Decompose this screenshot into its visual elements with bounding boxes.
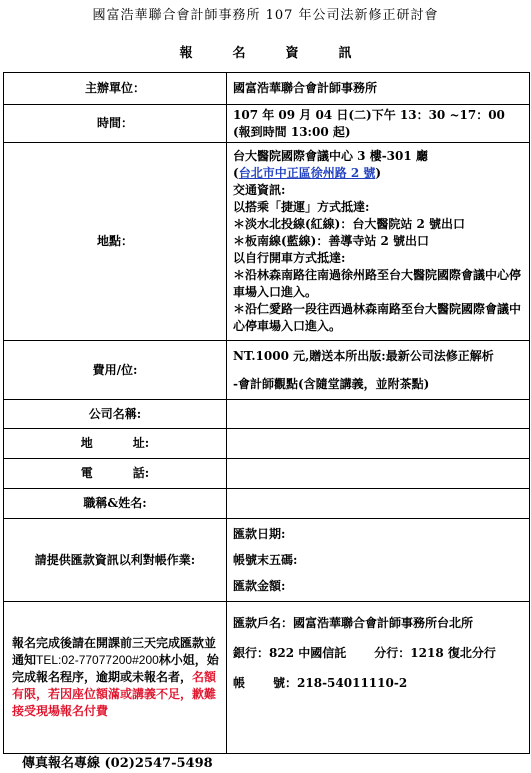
row-fee: 費用/位: NT.1000 元,贈送本所出版:最新公司法修正解析 -會計師觀點(… bbox=[4, 341, 530, 400]
branch-label: 分行： bbox=[374, 646, 410, 660]
address: (台北市中正區徐州路 2 號) bbox=[233, 165, 523, 182]
address-label: 地址: bbox=[4, 429, 227, 459]
heading-char: 訊 bbox=[339, 42, 352, 61]
payment-amount-field[interactable]: 匯款金額: bbox=[233, 571, 523, 601]
company-input[interactable] bbox=[227, 400, 530, 429]
title-name-label: 職稱&姓名: bbox=[4, 489, 227, 519]
bank-label: 銀行： bbox=[233, 646, 269, 660]
row-time: 時間： 107 年 09 月 04 日(二)下午 13：30 ~17：00 (報… bbox=[4, 105, 530, 143]
fee-label: 費用/位: bbox=[4, 341, 227, 400]
payee-name: 匯款戶名：國富浩華聯合會計師事務所台北所 bbox=[233, 608, 523, 638]
time-label: 時間： bbox=[4, 105, 227, 143]
fee-value: NT.1000 元,贈送本所出版:最新公司法修正解析 -會計師觀點(含隨堂講義，… bbox=[227, 341, 530, 400]
heading-char: 資 bbox=[286, 42, 299, 61]
payment-info-fields: 匯款日期: 帳號末五碼: 匯款金額: bbox=[227, 519, 530, 602]
account-value: 218-54011110-2 bbox=[297, 676, 407, 690]
account-label-a: 帳 bbox=[233, 676, 245, 690]
company-label: 公司名稱: bbox=[4, 400, 227, 429]
document-title: 國富浩華聯合會計師事務所 107 年公司法新修正研討會 bbox=[0, 4, 531, 23]
row-company: 公司名稱: bbox=[4, 400, 530, 429]
organizer-label: 主辦單位： bbox=[4, 73, 227, 105]
phone-label: 電話: bbox=[4, 459, 227, 489]
bank-details: 匯款戶名：國富浩華聯合會計師事務所台北所 銀行：822 中國信託分行：1218 … bbox=[227, 602, 530, 754]
location-label: 地點： bbox=[4, 143, 227, 341]
row-organizer: 主辦單位： 國富浩華聯合會計師事務所 bbox=[4, 73, 530, 105]
payment-notice: 報名完成後請在開課前三天完成匯款並通知TEL:02-77077200#200林小… bbox=[4, 602, 227, 754]
row-payment-info: 請提供匯款資訊以利對帳作業: 匯款日期: 帳號末五碼: 匯款金額: bbox=[4, 519, 530, 602]
fee-line-1: NT.1000 元,贈送本所出版:最新公司法修正解析 bbox=[233, 342, 523, 370]
title-name-input[interactable] bbox=[227, 489, 530, 519]
time-value: 107 年 09 月 04 日(二)下午 13：30 ~17：00 (報到時間 … bbox=[227, 105, 530, 143]
phone-label-a: 電 bbox=[81, 466, 93, 480]
account-last5-field[interactable]: 帳號末五碼: bbox=[233, 549, 523, 571]
row-title-name: 職稱&姓名: bbox=[4, 489, 530, 519]
car-route-2: ＊沿仁愛路一段往西過林森南路至台大醫院國際會議中心停車場入口進入。 bbox=[233, 301, 523, 335]
location-value: 台大醫院國際會議中心 3 樓-301 廳 (台北市中正區徐州路 2 號) 交通資… bbox=[227, 143, 530, 341]
address-label-b: 址: bbox=[133, 436, 149, 450]
mrt-title: 以搭乘「捷運」方式抵達: bbox=[233, 199, 523, 216]
address-link[interactable]: 台北市中正區徐州路 2 號 bbox=[239, 166, 376, 180]
fax-hotline: 傳真報名專線 (02)2547-5498 bbox=[22, 752, 213, 771]
branch-value: 1218 復北分行 bbox=[410, 646, 496, 660]
row-payment-notice: 報名完成後請在開課前三天完成匯款並通知TEL:02-77077200#200林小… bbox=[4, 602, 530, 754]
row-address: 地址: bbox=[4, 429, 530, 459]
bank-line: 銀行：822 中國信託分行：1218 復北分行 bbox=[233, 638, 523, 668]
organizer-value: 國富浩華聯合會計師事務所 bbox=[227, 73, 530, 105]
payment-info-label: 請提供匯款資訊以利對帳作業: bbox=[4, 519, 227, 602]
row-phone: 電話: bbox=[4, 459, 530, 489]
account-label-b: 號： bbox=[273, 676, 297, 690]
address-label-a: 地 bbox=[81, 436, 93, 450]
section-heading: 報名資訊 bbox=[0, 42, 531, 61]
venue: 台大醫院國際會議中心 3 樓-301 廳 bbox=[233, 148, 523, 165]
heading-char: 名 bbox=[232, 42, 245, 61]
notice-phone: TEL:02-77077200#200 bbox=[36, 653, 159, 667]
mrt-blue-line: ＊板南線(藍線)：善導寺站 2 號出口 bbox=[233, 233, 523, 250]
transport-title: 交通資訊: bbox=[233, 182, 523, 199]
heading-char: 報 bbox=[179, 42, 192, 61]
fee-line-2: -會計師觀點(含隨堂講義，並附茶點) bbox=[233, 370, 523, 398]
phone-input[interactable] bbox=[227, 459, 530, 489]
account-line: 帳號：218-54011110-2 bbox=[233, 668, 523, 698]
phone-label-b: 話: bbox=[133, 466, 149, 480]
mrt-red-line: ＊淡水北投線(紅線)：台大醫院站 2 號出口 bbox=[233, 216, 523, 233]
car-title: 以自行開車方式抵達: bbox=[233, 250, 523, 267]
address-input[interactable] bbox=[227, 429, 530, 459]
row-location: 地點： 台大醫院國際會議中心 3 樓-301 廳 (台北市中正區徐州路 2 號)… bbox=[4, 143, 530, 341]
bank-value: 822 中國信託 bbox=[269, 646, 346, 660]
registration-form-table: 主辦單位： 國富浩華聯合會計師事務所 時間： 107 年 09 月 04 日(二… bbox=[3, 72, 530, 754]
car-route-1: ＊沿林森南路往南過徐州路至台大醫院國際會議中心停車場入口進入。 bbox=[233, 267, 523, 301]
payment-date-field[interactable]: 匯款日期: bbox=[233, 519, 523, 549]
paren-close: ) bbox=[375, 166, 381, 180]
